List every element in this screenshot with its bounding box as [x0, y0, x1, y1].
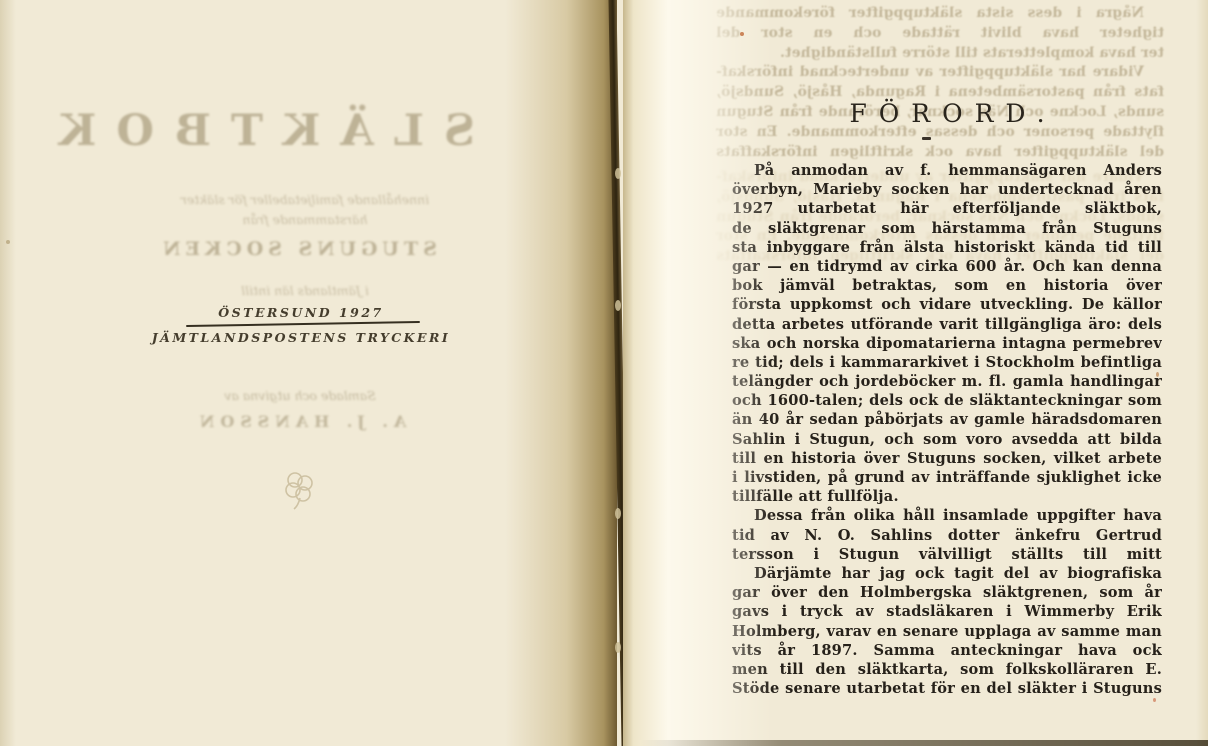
- foreword-heading: FÖRORD.: [732, 99, 1162, 128]
- body-line: tid av N. O. Sahlins dotter änkefru Gert…: [732, 526, 1162, 545]
- body-line: bok jämväl betraktas, som en historia öv…: [732, 276, 1162, 295]
- body-line: till en historia över Stuguns socken, vi…: [732, 449, 1162, 468]
- left-page-bleed-author: A. J. HANSSON: [130, 412, 470, 431]
- binding-stitch: [615, 300, 621, 311]
- bleedthrough-line: Några i dess sista släktuppgifter föreko…: [716, 4, 1164, 24]
- body-line: överbyn, Marieby socken har undertecknad…: [732, 180, 1162, 199]
- paper-speck: [740, 32, 744, 36]
- paper-speck: [6, 240, 10, 244]
- body-line: re tid; dels i kammararkivet i Stockholm…: [732, 353, 1162, 372]
- spread: SLÄKTBOK innehållande familjetabeller fö…: [0, 0, 1208, 746]
- paper-speck: [1156, 372, 1159, 377]
- left-page-bleed-byline: Samlade och utgivna av: [150, 388, 450, 403]
- page-edge-right: [1196, 0, 1208, 746]
- imprint-place-year: ÖSTERSUND 1927: [145, 305, 457, 320]
- body-line: tersson i Stugun välvilligt ställts till…: [732, 545, 1162, 564]
- body-line: i livstiden, på grund av inträffande sju…: [732, 468, 1162, 487]
- left-page-bleed-title: SLÄKTBOK: [105, 106, 495, 156]
- heading-dash: [922, 137, 931, 140]
- page-edge-left: [0, 0, 16, 746]
- bleedthrough-line: del släktuppgifter hava ock skriftligen …: [716, 143, 1164, 163]
- body-line: ska och norska dipomatarierna intagna pe…: [732, 334, 1162, 353]
- page-edge-bottom: [640, 740, 1208, 746]
- body-line: vits år 1897. Samma anteckningar hava oc…: [732, 641, 1162, 660]
- imprint-rule: [186, 321, 420, 327]
- left-page-bleed-region: i Jämtlands län intill: [140, 283, 470, 298]
- body-line: gavs i tryck av stadsläkaren i Wimmerby …: [732, 602, 1162, 621]
- body-line: detta arbetes utförande varit tillgängli…: [732, 315, 1162, 334]
- book-scan: { "colors": { "paper": "#f1ead6", "ink":…: [0, 0, 1208, 746]
- body-line: 1927 utarbetat här efterföljande släktbo…: [732, 199, 1162, 218]
- body-line: första uppkomst och vidare utveckling. D…: [732, 295, 1162, 314]
- body-line: de släktgrenar som härstamma från Stugun…: [732, 219, 1162, 238]
- body-line: men till den släktkarta, som folkskollär…: [732, 660, 1162, 679]
- body-line: Dessa från olika håll insamlade uppgifte…: [732, 506, 1162, 525]
- bleedthrough-line: Vidare har släktuppgifter av underteckna…: [716, 63, 1164, 83]
- body-line: Holmberg, varav en senare upplaga av sam…: [732, 622, 1162, 641]
- paper-speck: [1153, 698, 1156, 702]
- body-line: Sahlin i Stugun, och som voro avsedda at…: [732, 430, 1162, 449]
- body-line: telängder och jordeböcker m. fl. gamla h…: [732, 372, 1162, 391]
- binding-stitch: [615, 168, 621, 179]
- bleedthrough-line: tigheter hava blivit rättade och en stor…: [716, 24, 1164, 44]
- left-page-bleed-subtitle-2: härstammande från: [140, 212, 470, 227]
- right-page-bleedthrough: Några i dess sista släktuppgifter föreko…: [716, 4, 1164, 162]
- binding-stitch: [615, 508, 621, 519]
- gutter-highlight: [623, 0, 773, 746]
- body-line: Därjämte har jag ock tagit del av biogra…: [732, 564, 1162, 583]
- imprint-printer: JÄMTLANDSPOSTENS TRYCKERI: [145, 330, 457, 345]
- body-line: gar över den Holmbergska släktgrenen, so…: [732, 583, 1162, 602]
- body-line: gar — en tidrymd av cirka 600 år. Och ka…: [732, 257, 1162, 276]
- left-page-bleed-section: STUGUNS SOCKEN: [120, 238, 480, 260]
- body-line: än 40 år sedan påbörjats av gamle härads…: [732, 410, 1162, 429]
- body-line: tillfälle att fullfölja.: [732, 487, 1162, 506]
- binding-stitch: [615, 642, 621, 653]
- bleedthrough-line: ter hava kompletterats till större fulls…: [716, 44, 1164, 64]
- body-line: och 1600-talen; dels ock de släktanteckn…: [732, 391, 1162, 410]
- body-line: Stöde senare utarbetat för en del släkte…: [732, 679, 1162, 698]
- body-line: sta inbyggare från älsta historiskt känd…: [732, 238, 1162, 257]
- body-text: På anmodan av f. hemmansägaren Anders Ma…: [732, 161, 1162, 698]
- left-page-bleed-subtitle-1: innehållande familjetabeller för släkter: [140, 192, 470, 207]
- clover-stamp-icon: [278, 468, 320, 512]
- gutter-shadow: [505, 0, 617, 746]
- body-line: På anmodan av f. hemmansägaren Anders Ma…: [732, 161, 1162, 180]
